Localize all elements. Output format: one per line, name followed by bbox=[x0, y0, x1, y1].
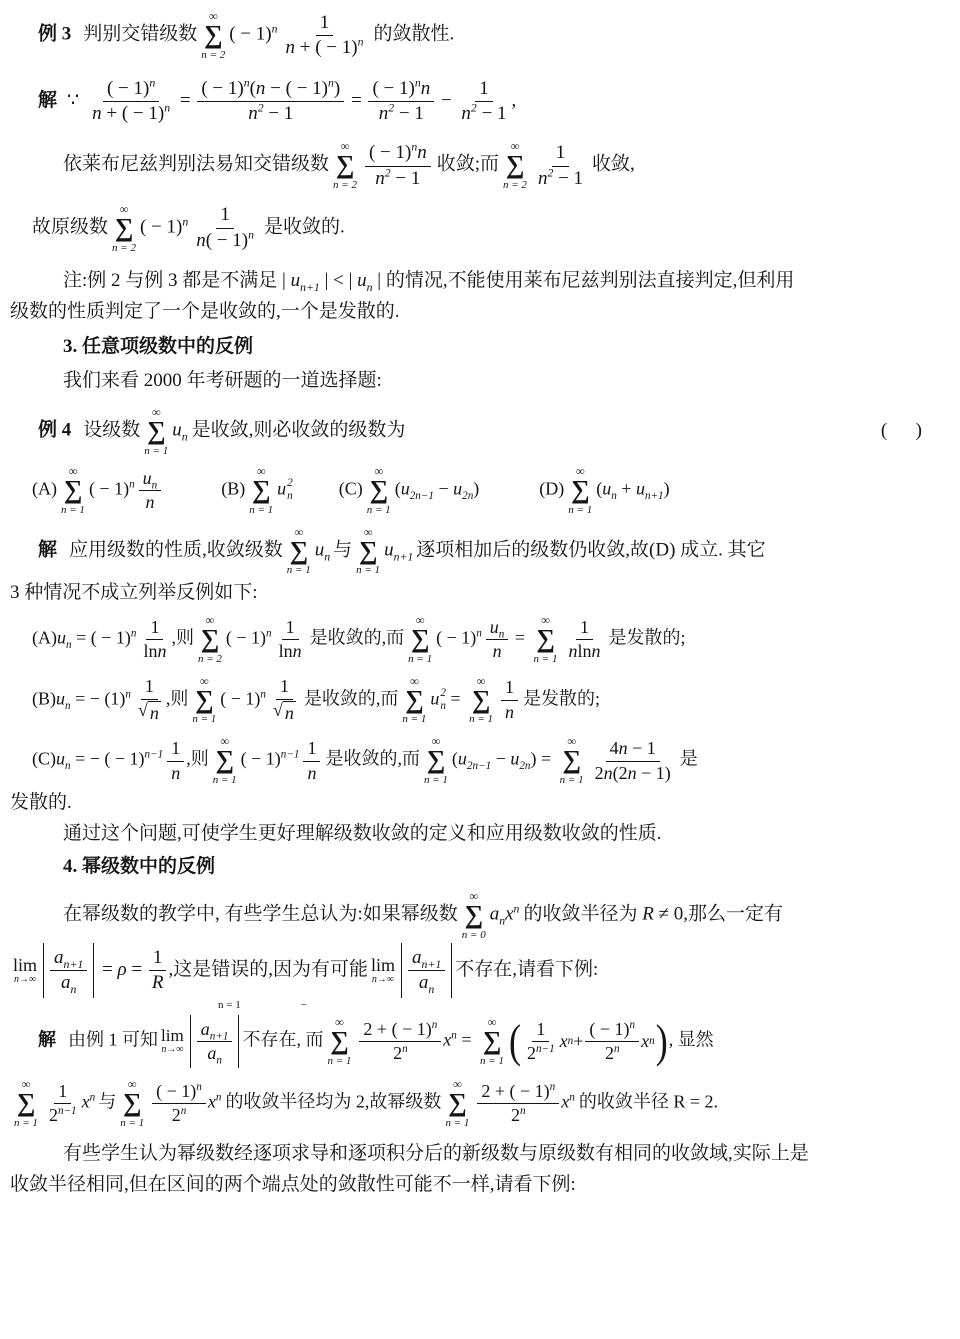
powerseries-intro-line1: 在幂级数的教学中, 有些学生总认为:如果幂级数∞∑n = 0anxn的收敛半径为… bbox=[8, 890, 950, 941]
fraction: an+1an bbox=[408, 946, 445, 996]
absolute-value-bars: an+1an bbox=[190, 1015, 240, 1068]
fraction: 1n + ( − 1)n bbox=[282, 11, 366, 61]
square-root: √n bbox=[273, 701, 296, 725]
paragraph-line1: 有些学生认为幂级数经逐项求导和逐项积分后的新级数与原级数有相同的收敛域,实际上是 bbox=[8, 1141, 950, 1167]
divergent-line: 发散的. bbox=[8, 790, 950, 816]
sigma-sum: ∞∑n = 1 bbox=[213, 735, 237, 786]
note-line-2: 级数的性质判定了一个是收敛的,一个是发散的. bbox=[8, 299, 950, 325]
example-solution-line: 解由例 1 可知limn→∞an+1an不存在, 而∞∑n = 12 + ( −… bbox=[8, 1015, 950, 1068]
absolute-value-bars: an+1an bbox=[43, 943, 94, 999]
powerseries-intro-line2: limn→∞an+1an = ρ = 1R,这是错误的,因为有可能limn→∞a… bbox=[8, 943, 950, 999]
fraction: 1n bbox=[303, 737, 320, 784]
radius-conclusion-line: ∞∑n = 112n−1xn与∞∑n = 1( − 1)n2nxn的收敛半径均为… bbox=[8, 1078, 950, 1129]
example3-leibniz-line: 依莱布尼兹判别法易知交错级数∞∑n = 2( − 1)nnn2 − 1收敛;而∞… bbox=[8, 140, 950, 191]
fraction: 1lnn bbox=[276, 616, 305, 663]
limit-operator: limn→∞ bbox=[371, 956, 395, 985]
sigma-sum: ∞∑n = 2 bbox=[198, 614, 222, 665]
fraction: ( − 1)nn + ( − 1)n bbox=[89, 77, 173, 127]
fraction: ( − 1)n2n bbox=[585, 1018, 639, 1065]
section3-heading: 3. 任意项级数中的反例 bbox=[8, 334, 950, 360]
section4-heading: 4. 幂级数中的反例 bbox=[8, 854, 950, 880]
counterexample-C: (C)un = − ( − 1)n−11n,则∞∑n = 1( − 1)n−11… bbox=[8, 735, 950, 786]
sigma-sum: ∞∑n = 1 bbox=[560, 735, 584, 786]
example4-solution-line2: 3 种情况不成立列举反例如下: bbox=[8, 580, 950, 606]
sigma-sum: ∞∑n = 1 bbox=[408, 614, 432, 665]
fraction: 1R bbox=[149, 946, 167, 996]
section3-intro: 我们来看 2000 年考研题的一道选择题: bbox=[8, 368, 950, 394]
fraction: 2 + ( − 1)n2n bbox=[477, 1080, 559, 1127]
counterexample-B: (B)un = − (1)n1√n,则∞∑n = 1( − 1)n1√n是收敛的… bbox=[8, 675, 950, 726]
fraction: 12n−1 bbox=[46, 1080, 80, 1127]
sigma-sum: ∞∑n = 0 bbox=[462, 890, 486, 941]
sigma-sum: ∞∑n = 1 bbox=[327, 1016, 351, 1067]
fraction: 1n bbox=[501, 676, 518, 723]
example3-conclusion: 故原级数∞∑n = 2( − 1)n1n( − 1)n是收敛的. bbox=[8, 203, 950, 254]
sigma-sum: ∞∑n = 1 bbox=[356, 526, 380, 577]
sigma-sum: ∞∑n = 1 bbox=[144, 406, 168, 457]
sigma-sum: ∞∑n = 1 bbox=[424, 735, 448, 786]
fraction: 1n2 − 1 bbox=[535, 141, 586, 191]
sigma-sum: ∞∑n = 1 bbox=[120, 1078, 144, 1129]
fraction: unn bbox=[486, 616, 509, 663]
sigma-sum: ∞∑n = 1 bbox=[480, 1016, 504, 1067]
example3-solution-step: 解∵( − 1)nn + ( − 1)n = ( − 1)n(n − ( − 1… bbox=[8, 77, 950, 127]
sigma-sum: ∞∑n = 1 bbox=[568, 465, 592, 516]
fraction: 2 + ( − 1)n2n bbox=[359, 1018, 441, 1065]
sigma-sum: ∞∑n = 1 bbox=[249, 465, 273, 516]
sigma-sum: ∞∑n = 1 bbox=[192, 675, 216, 726]
sigma-sum: ∞∑n = 2 bbox=[503, 140, 527, 191]
fraction: ( − 1)n(n − ( − 1)n)n2 − 1 bbox=[197, 77, 344, 127]
fraction: 1nlnn bbox=[565, 616, 603, 663]
fraction: 1n2 − 1 bbox=[458, 77, 509, 127]
fraction: ( − 1)nnn2 − 1 bbox=[368, 77, 434, 127]
fraction: ( − 1)nnn2 − 1 bbox=[365, 141, 431, 191]
square-root: √n bbox=[138, 701, 161, 725]
fraction: 1n bbox=[167, 737, 184, 784]
summary-line: 通过这个问题,可使学生更好理解级数收敛的定义和应用级数收敛的性质. bbox=[8, 821, 950, 847]
example3-problem: 例 3判别交错级数∞∑n = 2( − 1)n1n + ( − 1)n的敛散性. bbox=[8, 10, 950, 61]
sigma-sum: ∞∑n = 1 bbox=[61, 465, 85, 516]
limit-operator: limn→∞ bbox=[13, 956, 37, 985]
example4-options: (A)∞∑n = 1( − 1)nunn(B)∞∑n = 1u2n(C)∞∑n … bbox=[8, 465, 950, 516]
fraction: an+1an bbox=[50, 946, 87, 996]
sigma-sum: ∞∑n = 1 bbox=[367, 465, 391, 516]
fraction: 1n( − 1)n bbox=[193, 203, 257, 253]
sigma-sum: ∞∑n = 2 bbox=[201, 10, 225, 61]
sigma-sum: ∞∑n = 1 bbox=[402, 675, 426, 726]
answer-parentheses: ( ) bbox=[881, 419, 922, 445]
fraction: 1lnn bbox=[140, 616, 169, 663]
sigma-sum: ∞∑n = 1 bbox=[287, 526, 311, 577]
fraction: 1√n bbox=[135, 675, 164, 724]
fraction: 4n − 12n(2n − 1) bbox=[592, 737, 674, 784]
paragraph-line2: 收敛半径相同,但在区间的两个端点处的敛散性可能不一样,请看下例: bbox=[8, 1172, 950, 1198]
limit-operator: limn→∞ bbox=[161, 1027, 184, 1055]
scan-artifact-line: n = 1− bbox=[8, 998, 950, 1013]
example4-problem: 例 4设级数∞∑n = 1un是收敛,则必收敛的级数为( ) bbox=[8, 406, 950, 457]
fraction: an+1an bbox=[197, 1018, 233, 1065]
sigma-sum: ∞∑n = 1 bbox=[14, 1078, 38, 1129]
sigma-sum: ∞∑n = 1 bbox=[469, 675, 493, 726]
sigma-sum: ∞∑n = 1 bbox=[445, 1078, 469, 1129]
sigma-sum: ∞∑n = 2 bbox=[112, 203, 136, 254]
fraction: 12n−1 bbox=[524, 1018, 558, 1065]
sigma-sum: ∞∑n = 1 bbox=[534, 614, 558, 665]
fraction: ( − 1)n2n bbox=[152, 1080, 206, 1127]
sigma-sum: ∞∑n = 2 bbox=[333, 140, 357, 191]
document-page: 例 3判别交错级数∞∑n = 2( − 1)n1n + ( − 1)n的敛散性.… bbox=[0, 0, 960, 1198]
absolute-value-bars: an+1an bbox=[401, 943, 452, 999]
note-line-1: 注:例 2 与例 3 都是不满足 | un+1 | < | un | 的情况,不… bbox=[8, 268, 950, 294]
example4-solution-line1: 解应用级数的性质,收敛级数∞∑n = 1un与∞∑n = 1un+1逐项相加后的… bbox=[8, 526, 950, 577]
sup-sub-stack: 2n bbox=[287, 477, 293, 503]
fraction: unn bbox=[139, 467, 162, 514]
fraction: 1√n bbox=[270, 675, 299, 724]
paren-group: (12n−1xn + ( − 1)n2nxn) bbox=[508, 1018, 669, 1065]
counterexample-A: (A)un = ( − 1)n1lnn,则∞∑n = 2( − 1)n1lnn是… bbox=[8, 614, 950, 665]
